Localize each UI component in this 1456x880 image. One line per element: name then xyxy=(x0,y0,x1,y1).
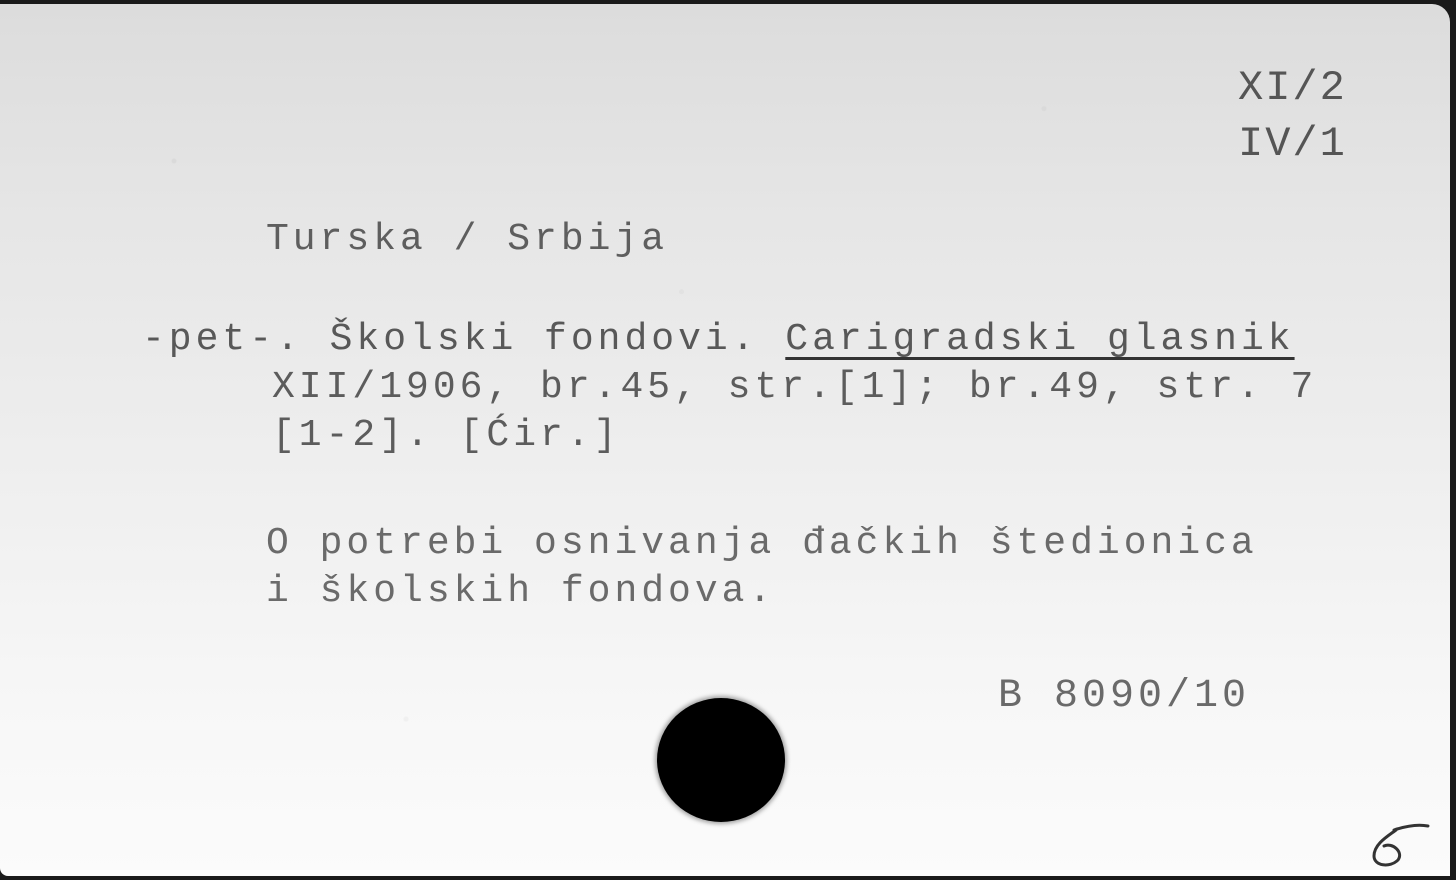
entry-line-1: -pet-. Školski fondovi. Carigradski glas… xyxy=(142,318,1295,361)
handwritten-five-icon xyxy=(1366,816,1436,872)
entry-line-2: XII/1906, br.45, str.[1]; br.49, str. 7 xyxy=(272,366,1317,409)
catalog-card: XI/2 IV/1 Turska / Srbija -pet-. Školski… xyxy=(0,4,1450,876)
subject-heading: Turska / Srbija xyxy=(266,218,668,261)
shelfmark: B 8090/10 xyxy=(998,674,1250,719)
call-number-line-2: IV/1 xyxy=(1238,122,1347,166)
punch-hole-icon xyxy=(657,698,785,822)
entry-author-title: -pet-. Školski fondovi. xyxy=(142,318,785,361)
entry-line-3: [1-2]. [Ćir.] xyxy=(272,414,620,457)
call-number-line-1: XI/2 xyxy=(1238,66,1347,110)
note-line-2: i školskih fondova. xyxy=(266,570,775,613)
note-line-1: O potrebi osnivanja đačkih štedionica xyxy=(266,522,1258,565)
periodical-title: Carigradski glasnik xyxy=(785,318,1294,361)
